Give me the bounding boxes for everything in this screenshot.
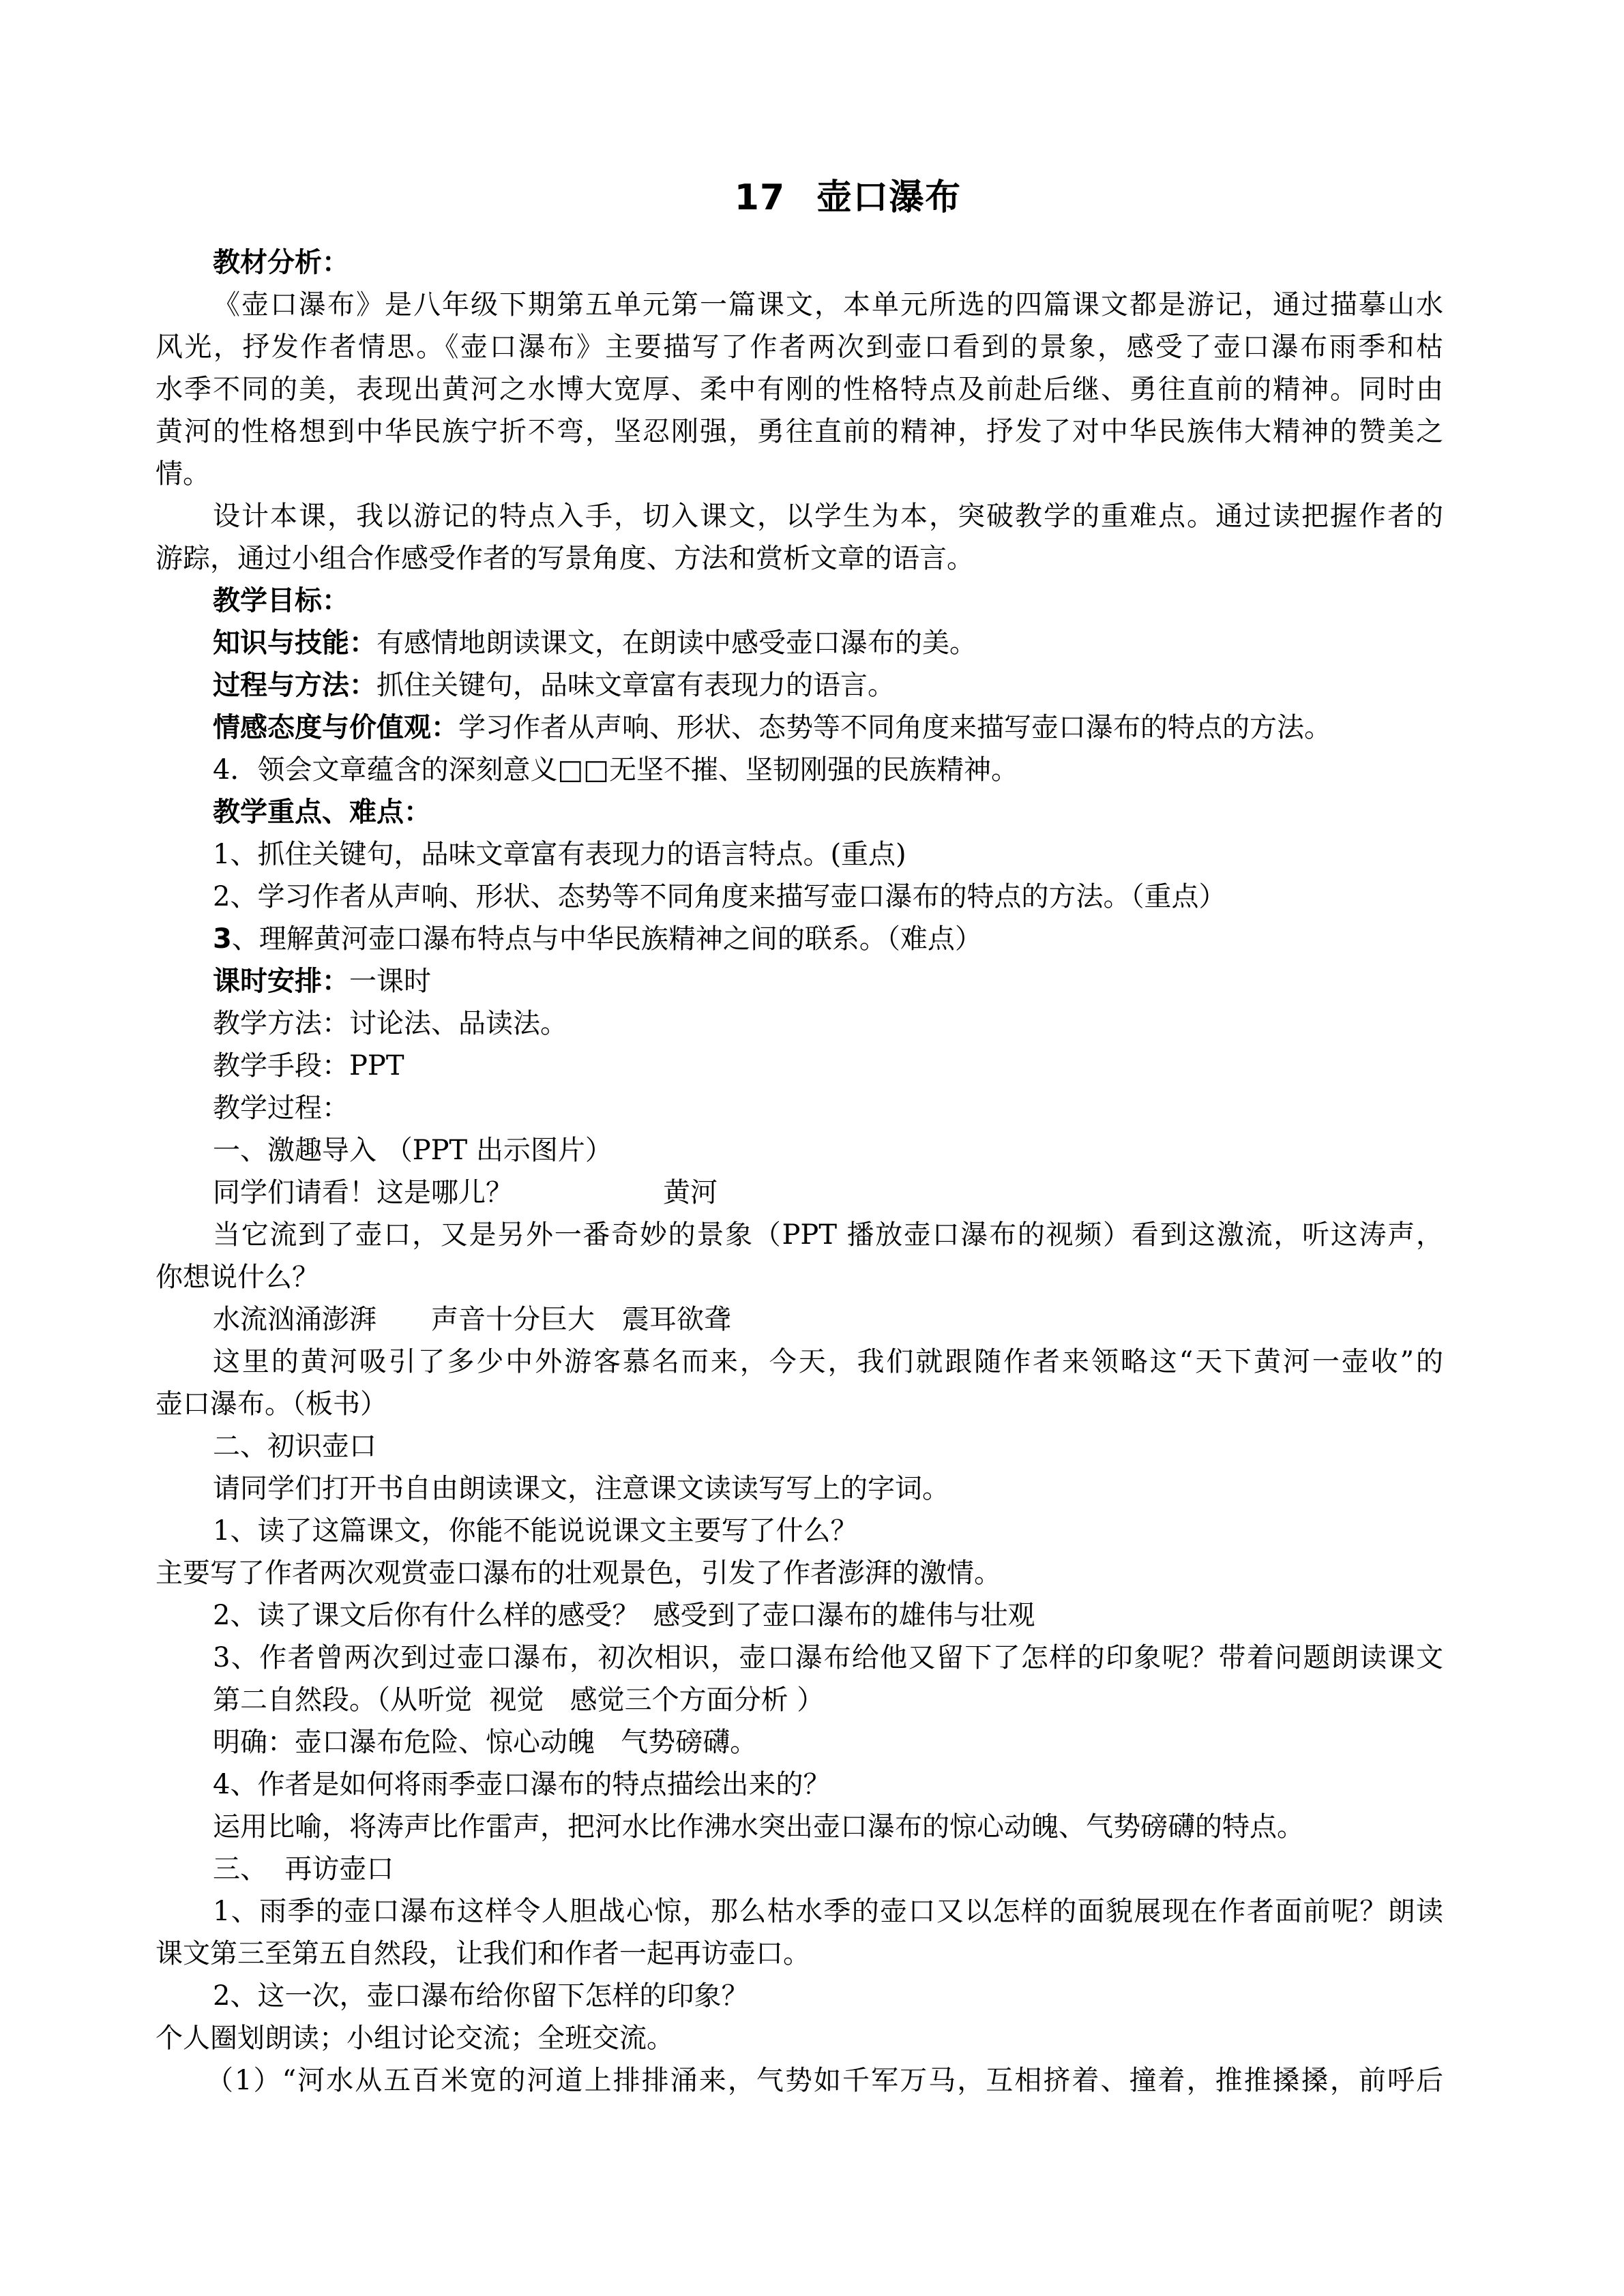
section-heading-objectives: 教学目标： (156, 580, 1445, 622)
process-section1-line3b: 壶口瀑布。（板书） (156, 1383, 1445, 1425)
lesson-title: 17壶口瀑布 (0, 176, 1624, 220)
analysis-para2-line2: 游踪，通过小组合作感受作者的写景角度、方法和赏析文章的语言。 (156, 537, 1445, 580)
analysis-para1-line2: 风光，抒发作者情思。《壶口瀑布》主要描写了作者两次到壶口看到的景象，感受了壶口瀑… (156, 326, 1443, 368)
lesson-title-text: 壶口瀑布 (816, 177, 961, 218)
process-section1-title: 一、激趣导入 （PPT 出示图片） (156, 1129, 1445, 1172)
objective-text: 4．领会文章蕴含的深刻意义□□无坚不摧、坚韧刚强的民族精神。 (213, 754, 1018, 786)
document-body: 教材分析： 《壶口瀑布》是八年级下期第五单元第一篇课文，本单元所选的四篇课文都是… (156, 241, 1445, 2102)
answer-text: 声音十分巨大 (431, 1304, 595, 1335)
objective-text: 有感情地朗读课文，在朗读中感受壶口瀑布的美。 (377, 627, 977, 659)
process-section2-q3a: 3、作者曾两次到过壶口瀑布，初次相识，壶口瀑布给他又留下了怎样的印象呢？带着问题… (156, 1637, 1443, 1679)
key-point-number: 2 (213, 881, 230, 912)
teaching-methods: 教学方法：讨论法、品读法。 (156, 1002, 1445, 1045)
section-heading-key-points: 教学重点、难点： (156, 791, 1445, 833)
process-section3-title: 三、 再访壶口 (156, 1848, 1445, 1890)
objective-label: 知识与技能： (213, 627, 377, 659)
objective-attitude: 情感态度与价值观：学习作者从声响、形状、态势等不同角度来描写壶口瀑布的特点的方法… (156, 706, 1445, 749)
process-section1-answers: 水流汹涌澎湃声音十分巨大震耳欲聋 (156, 1298, 1445, 1341)
process-section2-title: 二、初识壶口 (156, 1425, 1445, 1467)
objective-4: 4．领会文章蕴含的深刻意义□□无坚不摧、坚韧刚强的民族精神。 (156, 749, 1445, 791)
process-section2-a4: 运用比喻，将涛声比作雷声，把河水比作沸水突出壶口瀑布的惊心动魄、气势磅礴的特点。 (156, 1806, 1445, 1848)
process-section2-intro: 请同学们打开书自由朗读课文，注意课文读读写写上的字词。 (156, 1467, 1445, 1510)
answer-text: 黄河 (663, 1177, 718, 1208)
process-section1-q1: 同学们请看！这是哪儿？黄河 (156, 1172, 1445, 1214)
process-section2-q2: 2、读了课文后你有什么样的感受？感受到了壶口瀑布的雄伟与壮观 (156, 1594, 1445, 1637)
document-page: 17壶口瀑布 教材分析： 《壶口瀑布》是八年级下期第五单元第一篇课文，本单元所选… (0, 0, 1624, 2296)
key-point-3: 3、理解黄河壶口瀑布特点与中华民族精神之间的联系。（难点） (156, 918, 1445, 960)
process-section3-a2: 个人圈划朗读；小组讨论交流；全班交流。 (156, 2017, 1445, 2059)
analysis-para1-line5: 情。 (156, 453, 1445, 495)
process-section2-q4: 4、作者是如何将雨季壶口瀑布的特点描绘出来的？ (156, 1763, 1445, 1806)
analysis-para1-line1: 《壶口瀑布》是八年级下期第五单元第一篇课文，本单元所选的四篇课文都是游记，通过描… (156, 284, 1443, 326)
objective-text: 抓住关键句，品味文章富有表现力的语言。 (377, 670, 895, 701)
section-heading-process: 教学过程： (156, 1087, 1445, 1129)
analysis-para2-line1: 设计本课，我以游记的特点入手，切入课文，以学生为本，突破教学的重难点。通过读把握… (156, 495, 1443, 537)
answer-text: 水流汹涌澎湃 (213, 1304, 377, 1335)
schedule-value: 一课时 (349, 966, 431, 997)
question-text: 2、读了课文后你有什么样的感受？ (213, 1600, 639, 1631)
process-section2-q1: 1、读了这篇课文，你能不能说说课文主要写了什么？ (156, 1510, 1445, 1552)
key-point-text: 、学习作者从声响、形状、态势等不同角度来描写壶口瀑布的特点的方法。（重点） (230, 881, 1226, 912)
objective-process: 过程与方法：抓住关键句，品味文章富有表现力的语言。 (156, 664, 1445, 706)
answer-text: 感受到了壶口瀑布的雄伟与壮观 (653, 1600, 1035, 1631)
key-point-text: 、理解黄河壶口瀑布特点与中华民族精神之间的联系。（难点） (232, 923, 982, 955)
answer-text: 震耳欲聋 (622, 1304, 731, 1335)
objective-text: 学习作者从声响、形状、态势等不同角度来描写壶口瀑布的特点的方法。 (458, 712, 1331, 743)
question-text: 同学们请看！这是哪儿？ (213, 1177, 513, 1208)
process-section1-line2b: 你想说什么？ (156, 1256, 1445, 1298)
key-point-text: 、抓住关键句，品味文章富有表现力的语言特点。(重点) (230, 839, 906, 870)
process-section3-q1a: 1、雨季的壶口瀑布这样令人胆战心惊，那么枯水季的壶口又以怎样的面貌展现在作者面前… (156, 1890, 1443, 1933)
schedule-label: 课时安排： (213, 966, 349, 997)
key-point-2: 2、学习作者从声响、形状、态势等不同角度来描写壶口瀑布的特点的方法。（重点） (156, 876, 1445, 918)
process-section3-q2: 2、这一次，壶口瀑布给你留下怎样的印象？ (156, 1975, 1445, 2017)
process-section2-a1: 主要写了作者两次观赏壶口瀑布的壮观景色，引发了作者澎湃的激情。 (156, 1552, 1445, 1594)
objective-label: 情感态度与价值观： (213, 712, 458, 743)
process-section2-q3b: 第二自然段。（从听觉 视觉 感觉三个方面分析 ） (156, 1679, 1445, 1721)
process-section1-line3a: 这里的黄河吸引了多少中外游客慕名而来，今天，我们就跟随作者来领略这“天下黄河一壶… (156, 1341, 1443, 1383)
process-section3-quote1: （1）“河水从五百米宽的河道上排排涌来，气势如千军万马，互相挤着、撞着，推推搡搡… (156, 2059, 1443, 2102)
process-section3-q1b: 课文第三至第五自然段，让我们和作者一起再访壶口。 (156, 1933, 1445, 1975)
objective-knowledge: 知识与技能：有感情地朗读课文，在朗读中感受壶口瀑布的美。 (156, 622, 1445, 664)
section-heading-analysis: 教材分析： (156, 241, 1445, 284)
process-section1-line2a: 当它流到了壶口，又是另外一番奇妙的景象（PPT 播放壶口瀑布的视频）看到这激流，… (156, 1214, 1443, 1256)
teaching-means: 教学手段：PPT (156, 1045, 1445, 1087)
analysis-para1-line4: 黄河的性格想到中华民族宁折不弯，坚忍刚强，勇往直前的精神，抒发了对中华民族伟大精… (156, 411, 1443, 453)
key-point-1: 1、抓住关键句，品味文章富有表现力的语言特点。(重点) (156, 833, 1445, 876)
process-section2-a3: 明确：壶口瀑布危险、惊心动魄 气势磅礴。 (156, 1721, 1445, 1763)
key-point-number: 3 (213, 923, 232, 955)
schedule: 课时安排：一课时 (156, 960, 1445, 1002)
analysis-para1-line3: 水季不同的美，表现出黄河之水博大宽厚、柔中有刚的性格特点及前赴后继、勇往直前的精… (156, 368, 1443, 411)
objective-label: 过程与方法： (213, 670, 377, 701)
lesson-number: 17 (735, 177, 785, 218)
key-point-number: 1 (213, 839, 230, 870)
